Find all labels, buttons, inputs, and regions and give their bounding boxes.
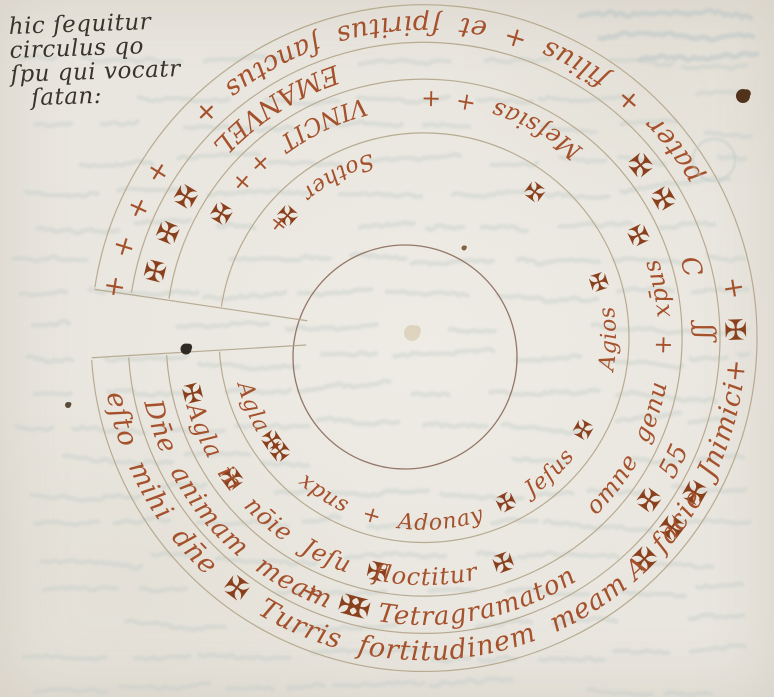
ring-text-segment: + ✠ +: [716, 273, 753, 383]
ring-text-segment: + ✠: [202, 166, 259, 231]
ring-text-segment: ✠: [519, 174, 551, 207]
gap-edge-line: [92, 345, 307, 358]
maltese-cross-glyph: ✠: [519, 174, 551, 207]
ink-blot: [404, 325, 421, 341]
ink-blot: [181, 344, 193, 355]
corner-note: hic ſequitur circulus qo ſpu qui vocatr …: [8, 9, 182, 111]
manuscript-page: eſto mihi dn̄e ✠ Turris fortitudinem mea…: [0, 0, 774, 697]
ink-blot: [736, 89, 751, 103]
ink-blot: [462, 246, 467, 251]
ring-text-segment: Agios ✠: [584, 267, 622, 374]
maltese-cross-glyph: ✠: [720, 316, 754, 341]
ink-blot: [65, 402, 71, 408]
ring-text-segment: ʃʃ: [687, 319, 718, 344]
ring-text-segment: Ɔ: [676, 251, 710, 279]
ring-text-segment: +: [420, 85, 442, 114]
